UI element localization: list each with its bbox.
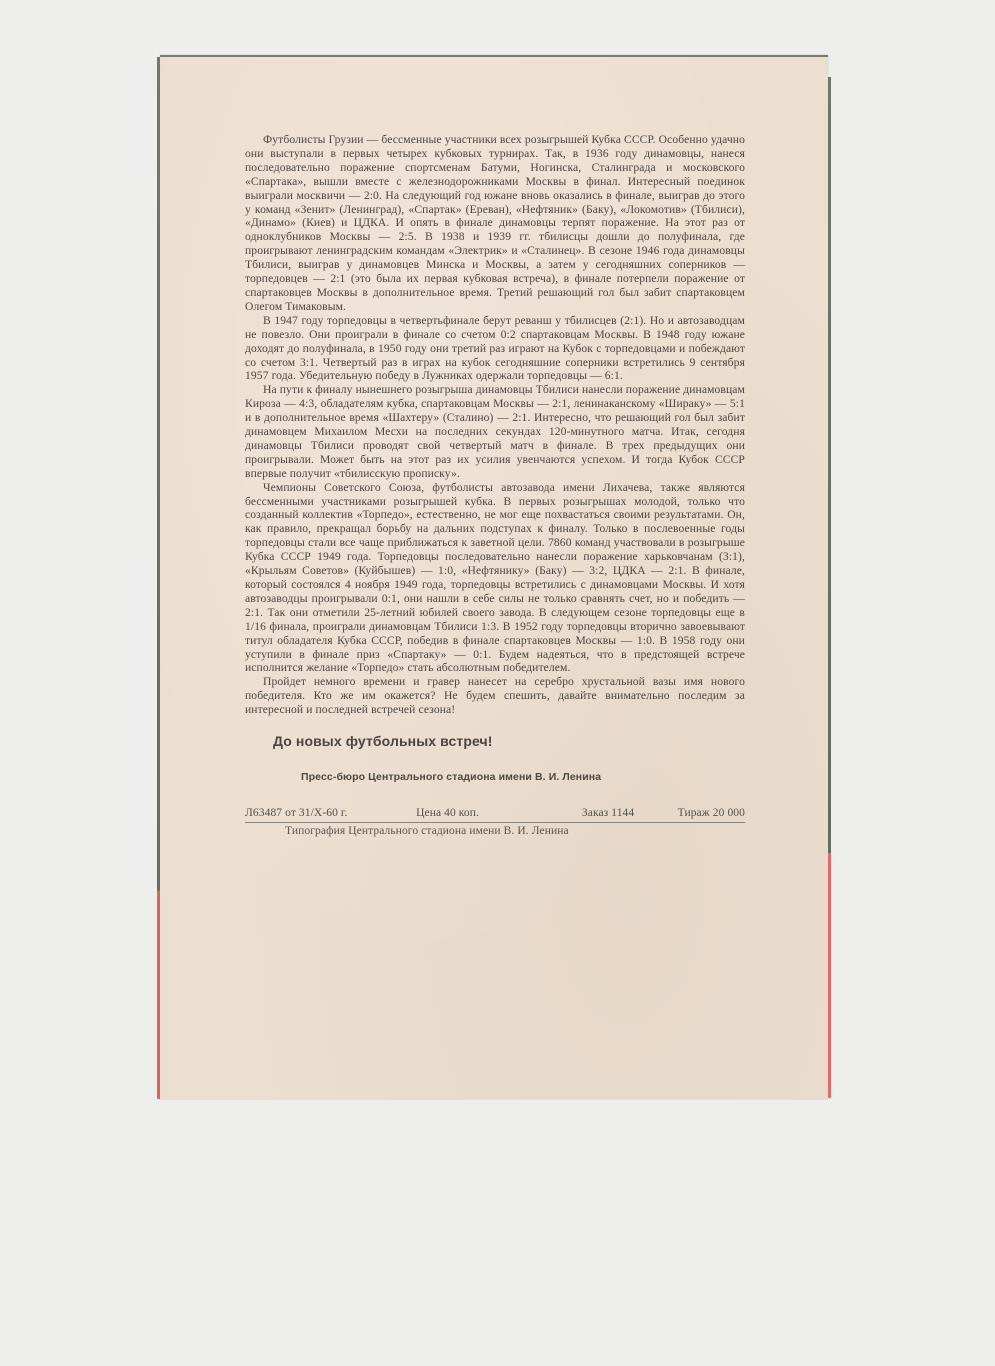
price: Цена 40 коп. (394, 807, 556, 823)
left-page-edge (157, 57, 160, 1099)
imprint-line: Л63487 от 31/X-60 г. Цена 40 коп. Заказ … (245, 807, 745, 823)
paragraph-1947: В 1947 году торпедовцы в четвертьфинале … (245, 314, 745, 384)
order-number: Заказ 1144 (556, 807, 668, 823)
paragraph-road-to-final: На пути к финалу нынешнего розыгрыша дин… (245, 383, 745, 480)
press-bureau: Пресс-бюро Центрального стадиона имени В… (301, 771, 745, 785)
program-page: Футболисты Грузии — бессменные участники… (160, 55, 828, 1099)
print-run: Тираж 20 000 (668, 807, 745, 823)
paragraph-torpedo: Чемпионы Советского Союза, футболисты ав… (245, 481, 745, 676)
closing-line: До новых футбольных встреч! (273, 735, 745, 749)
paragraph-conclusion: Пройдет немного времени и гравер нанесет… (245, 675, 745, 717)
right-page-edge (828, 77, 831, 1098)
paragraph-georgia: Футболисты Грузии — бессменные участники… (245, 133, 745, 314)
license-number: Л63487 от 31/X-60 г. (245, 807, 394, 823)
article: Футболисты Грузии — бессменные участники… (245, 133, 745, 839)
typography-credit: Типография Центрального стадиона имени В… (285, 825, 745, 839)
